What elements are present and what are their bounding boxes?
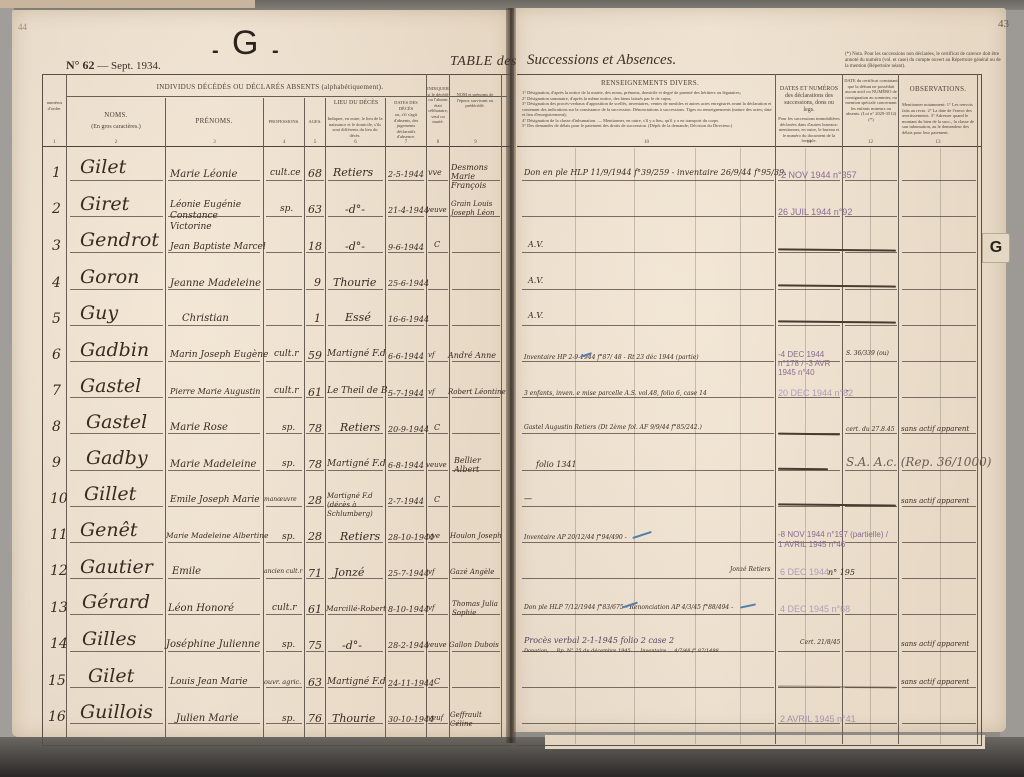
entry-name: Guillois xyxy=(80,701,153,723)
row-underline xyxy=(522,180,774,181)
entry-first-names: Marie Madeleine xyxy=(170,459,256,470)
entry-name: Giret xyxy=(80,193,129,215)
entry-place: Martigné F.d xyxy=(327,677,386,687)
row-underline xyxy=(388,361,424,362)
certificate-ref: n° 195 xyxy=(828,568,855,577)
row-underline xyxy=(266,651,302,652)
declaration-stamp: 20 DEC 1944 n°82 xyxy=(778,388,853,398)
row-underline xyxy=(845,651,897,652)
entry-number: 4 xyxy=(52,275,61,291)
row-underline xyxy=(70,180,163,181)
header-indiquer: INDIQUER si le décédé ou l'absent était … xyxy=(427,86,449,125)
row-underline xyxy=(522,614,774,615)
entry-age: 68 xyxy=(308,167,322,180)
title-right: Successions et Absences. xyxy=(527,52,676,69)
entry-first-names: Emile Joseph Marie xyxy=(170,495,260,505)
row-underline xyxy=(388,289,424,290)
entry-date: 6-6-1944 xyxy=(388,352,424,361)
row-underline xyxy=(778,651,840,652)
row-underline xyxy=(428,216,448,217)
row-underline xyxy=(168,542,260,543)
row-underline xyxy=(452,578,500,579)
row-underline xyxy=(168,325,260,326)
row-underline xyxy=(902,470,976,471)
row-underline xyxy=(70,433,163,434)
row-underline xyxy=(428,325,448,326)
entry-age: 78 xyxy=(308,458,322,471)
row-underline xyxy=(902,578,976,579)
entry-age: 18 xyxy=(308,240,322,253)
entry-info: Jonzé Retiers xyxy=(730,566,770,573)
entry-profession: sp. xyxy=(280,204,293,214)
entry-date: 25-6-1944 xyxy=(388,279,429,288)
entry-status: veuve xyxy=(426,206,447,214)
declaration-stamp: -4 DEC 1944 n°178 / -3 AVR 1945 n°40 xyxy=(778,350,840,377)
header-dates: DATES DES DÉCÈS xyxy=(387,100,425,111)
row-underline xyxy=(428,180,448,181)
register-number: N° 62 — Sept. 1934. xyxy=(66,58,161,73)
faint-rule xyxy=(634,148,635,744)
faint-rule xyxy=(695,148,696,744)
entry-place: Martigné F.d xyxy=(327,349,386,359)
index-tab[interactable]: G xyxy=(982,233,1010,263)
entry-name: Gilet xyxy=(88,665,134,687)
entry-number: 5 xyxy=(52,311,61,327)
entry-spouse: André Anne xyxy=(448,351,496,360)
entry-spouse: Thomas Julia Sophie xyxy=(452,600,500,618)
entry-first-names: Jean Baptiste Marcel xyxy=(170,242,266,252)
entry-age: 28 xyxy=(308,494,322,507)
entry-status: C xyxy=(434,677,440,686)
entry-first-names: Jeanne Madeleine xyxy=(170,278,261,289)
entry-name: Gautier xyxy=(80,556,153,578)
entry-profession: sp. xyxy=(282,423,295,433)
row-underline xyxy=(522,397,774,398)
row-underline xyxy=(428,578,448,579)
row-underline xyxy=(452,397,500,398)
entry-info: — xyxy=(524,494,532,503)
entry-number: 14 xyxy=(50,636,68,652)
entry-profession: manœuvre xyxy=(264,496,297,503)
header-dates-sub: ou, s'il s'agit d'absents, des jugements… xyxy=(387,112,425,140)
row-underline xyxy=(388,325,424,326)
col-number: 11 xyxy=(776,140,842,145)
row-underline xyxy=(778,578,840,579)
row-underline xyxy=(388,578,424,579)
row-underline xyxy=(522,252,774,253)
entry-status: vf xyxy=(428,568,435,576)
header-prenoms: PRÉNOMS. xyxy=(168,118,260,125)
entry-spouse: Gallon Dubois xyxy=(449,641,499,650)
declaration-stamp: 2 AVRIL 1945 n°41 xyxy=(780,714,856,724)
row-underline xyxy=(70,216,163,217)
entry-first-names: Léon Honoré xyxy=(168,603,234,614)
faint-rule xyxy=(805,148,806,744)
row-underline xyxy=(902,506,976,507)
declaration-stamp: 6 DEC 1944 xyxy=(780,567,829,577)
row-underline xyxy=(70,289,163,290)
row-underline xyxy=(428,651,448,652)
col-line xyxy=(325,98,326,744)
entry-info: Procès verbal 2-1-1945 folio 2 case 2 xyxy=(524,636,674,645)
entry-age: 78 xyxy=(308,422,322,435)
entry-place: Marcillé-Robert xyxy=(326,604,386,613)
entry-age: 76 xyxy=(308,712,322,725)
header-ages: AGES. xyxy=(305,119,325,125)
row-underline xyxy=(266,180,302,181)
row-underline xyxy=(266,542,302,543)
header-lieu: LIEU DU DÉCÈS xyxy=(330,100,382,107)
entry-place: -d°- xyxy=(345,240,365,253)
entry-date: 21-4-1944 xyxy=(388,206,429,215)
entry-date: 28-2-1944 xyxy=(388,641,429,650)
declaration-stamp: 4 DEC 1945 n°68 xyxy=(780,604,850,614)
entry-info: Inventaire AP 20/12/44 f°94/490 - xyxy=(524,534,627,541)
entry-number: 10 xyxy=(50,491,68,507)
row-underline xyxy=(328,470,383,471)
row-underline xyxy=(522,470,774,471)
entry-number: 13 xyxy=(50,600,68,616)
register-no-label: N° 62 xyxy=(66,58,94,72)
row-underline xyxy=(522,542,774,543)
certificate-ref: S. 36/339 (ou) xyxy=(846,350,889,357)
certificate-ref: cert. du 27.8.45 xyxy=(846,426,895,433)
row-underline xyxy=(778,614,840,615)
dash-left: - xyxy=(212,40,219,63)
row-underline xyxy=(902,325,976,326)
row-underline xyxy=(428,433,448,434)
row-underline xyxy=(388,216,424,217)
certificate-ref: S.A. A.c. (Rep. 36/1000) xyxy=(846,455,991,469)
entry-spouse: Bellier Albert xyxy=(454,456,500,474)
entry-profession: cult.r xyxy=(272,603,297,613)
header-group-title: INDIVIDUS DÉCÉDÉS OU DÉCLARÉS ABSENTS (a… xyxy=(120,84,420,91)
col-number: 3 xyxy=(166,140,263,145)
row-underline xyxy=(388,180,424,181)
entry-info: A.V. xyxy=(528,240,543,249)
entry-date: 2-7-1944 xyxy=(388,497,424,506)
entry-profession: sp. xyxy=(282,714,295,724)
certificate-ref: - xyxy=(846,386,849,395)
header-renseignements: RENSEIGNEMENTS DIVERS. xyxy=(560,80,740,87)
observation: sans actif apparent xyxy=(901,678,969,686)
entry-status: vf xyxy=(428,388,435,396)
col-line xyxy=(501,74,502,744)
row-underline xyxy=(388,542,424,543)
row-underline xyxy=(70,578,163,579)
header-epoux: NOM et prénoms de l'époux survivant ou p… xyxy=(451,92,499,109)
row-underline xyxy=(168,578,260,579)
row-underline xyxy=(266,252,302,253)
row-underline xyxy=(168,651,260,652)
row-underline xyxy=(266,687,302,688)
row-underline xyxy=(388,614,424,615)
entry-first-names: Louis Jean Marie xyxy=(170,677,248,687)
row-underline xyxy=(902,216,976,217)
row-underline xyxy=(452,687,500,688)
row-underline xyxy=(70,542,163,543)
row-underline xyxy=(778,252,840,253)
entry-profession: cult.ce xyxy=(270,168,301,178)
header-bottom-line xyxy=(42,146,510,147)
entry-date: 24-11-1944 xyxy=(388,679,434,688)
entry-name: Gastel xyxy=(80,375,141,397)
entry-number: 6 xyxy=(52,347,61,363)
header-observations-sub: Mentionner notamment: 1° Les renvois fai… xyxy=(902,102,974,135)
faint-rule xyxy=(940,148,941,744)
entry-profession: ouvr. agric. xyxy=(264,678,301,686)
row-underline xyxy=(452,506,500,507)
col-number: 6 xyxy=(326,140,385,145)
entry-age: 61 xyxy=(308,386,322,399)
row-underline xyxy=(902,433,976,434)
header-observations: OBSERVATIONS. xyxy=(902,86,974,93)
col-number: 13 xyxy=(899,140,977,145)
entry-number: 15 xyxy=(48,673,66,689)
declaration-stamp: 26 JUIL 1944 n°92 xyxy=(778,207,852,217)
row-underline xyxy=(902,723,976,724)
entry-profession: ancien cult.r xyxy=(264,568,302,575)
faint-rule xyxy=(575,148,576,744)
col-number: 4 xyxy=(264,140,304,145)
row-underline xyxy=(168,433,260,434)
entry-profession: cult.r xyxy=(274,386,299,396)
observation: sans actif apparent xyxy=(901,497,969,505)
row-underline xyxy=(522,325,774,326)
header-lieu-sub: Indiquer, en outre, le lieu de la naissa… xyxy=(327,116,383,138)
entry-status: C xyxy=(434,423,440,432)
faint-rule xyxy=(870,148,871,744)
observation: sans actif apparent xyxy=(901,425,969,433)
entry-place: -d°- xyxy=(342,639,362,652)
entry-first-names: Pierre Marie Augustin xyxy=(170,387,260,396)
entry-date: 9-6-1944 xyxy=(388,243,424,252)
entry-place: Essé xyxy=(345,311,371,324)
row-underline xyxy=(70,723,163,724)
entry-number: 8 xyxy=(52,419,61,435)
entry-number: 9 xyxy=(52,455,61,471)
entry-age: 59 xyxy=(308,349,322,362)
entry-age: 9 xyxy=(314,276,321,289)
entry-age: 63 xyxy=(308,203,322,216)
entry-age: 61 xyxy=(308,603,322,616)
entry-first-names: Julien Marie xyxy=(176,713,238,724)
row-underline xyxy=(845,578,897,579)
register-date: — Sept. 1934. xyxy=(97,60,161,72)
background-top-paper xyxy=(0,0,255,8)
header-noms-sub: (En gros caractères.) xyxy=(70,124,162,131)
row-underline xyxy=(845,614,897,615)
header-bottom-line-right xyxy=(517,146,981,147)
entry-status: vf xyxy=(428,604,435,612)
row-underline xyxy=(522,289,774,290)
entry-age: 71 xyxy=(308,567,322,580)
entry-number: 1 xyxy=(52,165,61,181)
entry-spouse: Gazé Angèle xyxy=(450,568,494,577)
row-underline xyxy=(328,180,383,181)
row-underline xyxy=(845,252,897,253)
row-underline xyxy=(902,542,976,543)
entry-name: Gadby xyxy=(86,447,148,469)
entry-place: Retiers xyxy=(333,166,373,179)
col-number: 9 xyxy=(450,140,501,145)
row-underline xyxy=(328,361,383,362)
row-underline xyxy=(428,470,448,471)
row-underline xyxy=(845,216,897,217)
row-underline xyxy=(70,252,163,253)
row-underline xyxy=(428,289,448,290)
register-spread: G 44 43 - G - N° 62 — Sept. 1934. TABLE … xyxy=(0,0,1024,777)
col-number: 1 xyxy=(43,140,66,145)
row-underline xyxy=(778,289,840,290)
row-underline xyxy=(70,506,163,507)
row-underline xyxy=(902,687,976,688)
col-number: 12 xyxy=(843,140,898,145)
entry-age: 63 xyxy=(308,676,322,689)
row-underline xyxy=(522,578,774,579)
header-numero: numéros d'ordre. xyxy=(43,100,66,111)
row-underline xyxy=(70,361,163,362)
row-underline xyxy=(388,651,424,652)
col-number: 7 xyxy=(386,140,426,145)
certificate-ref: Cert. 21/8/45 xyxy=(800,639,840,646)
row-underline xyxy=(306,180,324,181)
row-underline xyxy=(266,433,302,434)
entry-place: Martigné F.d (décès à Schlumberg) xyxy=(327,492,385,519)
row-underline xyxy=(778,325,840,326)
row-underline xyxy=(70,614,163,615)
entry-place: Retiers xyxy=(340,421,380,434)
row-underline xyxy=(168,614,260,615)
entry-number: 12 xyxy=(50,563,68,579)
entry-number: 2 xyxy=(52,201,61,217)
col-number: 8 xyxy=(427,140,449,145)
entry-first-names: Marie Léonie xyxy=(170,169,237,180)
entry-spouse: Houlon Joseph xyxy=(450,532,502,541)
row-underline xyxy=(266,614,302,615)
entry-name: Gadbin xyxy=(80,339,149,361)
entry-spouse: Robert Léontine xyxy=(448,388,506,397)
entry-status: vve xyxy=(428,168,442,177)
row-underline xyxy=(428,614,448,615)
row-underline xyxy=(902,180,976,181)
entry-name: Gilet xyxy=(80,156,126,178)
entry-info: 3 enfants, inven. e mise parcelle A.S. v… xyxy=(524,390,707,397)
row-underline xyxy=(902,614,976,615)
entry-status: C xyxy=(434,240,440,249)
row-underline xyxy=(168,180,260,181)
col-number: 2 xyxy=(67,140,165,145)
row-underline xyxy=(452,542,500,543)
entry-name: Gastel xyxy=(86,411,147,433)
row-underline xyxy=(452,433,500,434)
row-underline xyxy=(266,397,302,398)
row-underline xyxy=(428,361,448,362)
row-underline xyxy=(428,542,448,543)
entry-info: folio 1341 xyxy=(536,460,577,469)
entry-age: 75 xyxy=(308,639,322,652)
entry-date: 25-7-1944 xyxy=(388,569,429,578)
renseignement-5: 5° Des demandes de délais pour le paieme… xyxy=(522,123,772,129)
row-underline xyxy=(452,289,500,290)
entry-first-names: Marie Madeleine Albertine xyxy=(166,531,269,540)
row-underline xyxy=(845,470,897,471)
row-underline xyxy=(522,216,774,217)
title-left: TABLE des xyxy=(450,54,517,70)
row-underline xyxy=(902,289,976,290)
dash-right: - xyxy=(272,40,279,63)
section-letter: G xyxy=(232,24,258,63)
row-underline xyxy=(428,506,448,507)
entry-place: Martigné F.d xyxy=(327,459,386,469)
entry-status: vf xyxy=(428,351,435,359)
renseignement-1: 1° Désignation, d'après la notice de la … xyxy=(522,90,772,96)
row-underline xyxy=(845,180,897,181)
entry-name: Gérard xyxy=(82,591,150,613)
entry-date: 20-9-1944 xyxy=(388,425,429,434)
declaration-stamp: -2 NOV 1944 n°357 xyxy=(778,170,857,180)
header-date-certificat: DATE du certificat constatant que la déf… xyxy=(844,78,898,122)
row-underline xyxy=(328,614,383,615)
entry-info: A.V. xyxy=(528,311,543,320)
row-underline xyxy=(902,252,976,253)
entry-info: Inventaire HP 2-9-1944 f°87/ 48 - Rt 23 … xyxy=(524,354,699,361)
entry-first-names: Léonie Eugénie Constance Victorine xyxy=(170,200,262,233)
renseignement-3: 3° Désignation des procès-verbaux d'appo… xyxy=(522,101,772,118)
entry-spouse: Desmons Marie François xyxy=(451,163,501,190)
entry-name: Gilles xyxy=(82,628,136,650)
entry-status: vve xyxy=(428,532,440,540)
entry-number: 11 xyxy=(50,527,68,543)
header-professions: PROFESSIONS. xyxy=(264,119,304,125)
entry-date: 5-7-1944 xyxy=(388,389,424,398)
entry-first-names: Joséphine Julienne xyxy=(166,639,260,650)
row-underline xyxy=(522,433,774,434)
row-underline xyxy=(266,289,302,290)
row-underline xyxy=(266,325,302,326)
row-underline xyxy=(452,325,500,326)
entry-first-names: Emile xyxy=(172,566,201,577)
entry-first-names: Marie Rose xyxy=(170,422,228,433)
row-underline xyxy=(70,325,163,326)
entry-name: Genêt xyxy=(80,519,138,541)
row-underline xyxy=(328,325,383,326)
row-underline xyxy=(902,361,976,362)
row-underline xyxy=(70,470,163,471)
row-underline xyxy=(522,361,774,362)
entry-age: 28 xyxy=(308,530,322,543)
header-dates-numeros: DATES ET NUMÉROS des déclarations des su… xyxy=(778,86,840,114)
faint-rule xyxy=(740,148,741,744)
row-underline xyxy=(428,252,448,253)
entry-date: 2-5-1944 xyxy=(388,170,424,179)
nota-text: (*) Nota. Pour les successions non décla… xyxy=(845,52,1005,70)
entry-profession: sp. xyxy=(282,459,295,469)
row-underline xyxy=(522,723,774,724)
row-underline xyxy=(266,506,302,507)
row-underline xyxy=(328,216,383,217)
entry-name: Gillet xyxy=(84,483,136,505)
row-underline xyxy=(168,397,260,398)
entry-info: Don en ple HLP 11/9/1944 f°39/259 - inve… xyxy=(524,168,787,177)
observation: sans actif apparent xyxy=(901,640,969,648)
row-underline xyxy=(902,397,976,398)
entry-place: Jonzé xyxy=(334,566,364,579)
entry-info: Gastel Augustin Retiers (Dt 2ème fol. AF… xyxy=(524,424,702,431)
entry-status: veuf xyxy=(428,714,443,722)
row-underline xyxy=(845,361,897,362)
col-line xyxy=(977,74,978,744)
